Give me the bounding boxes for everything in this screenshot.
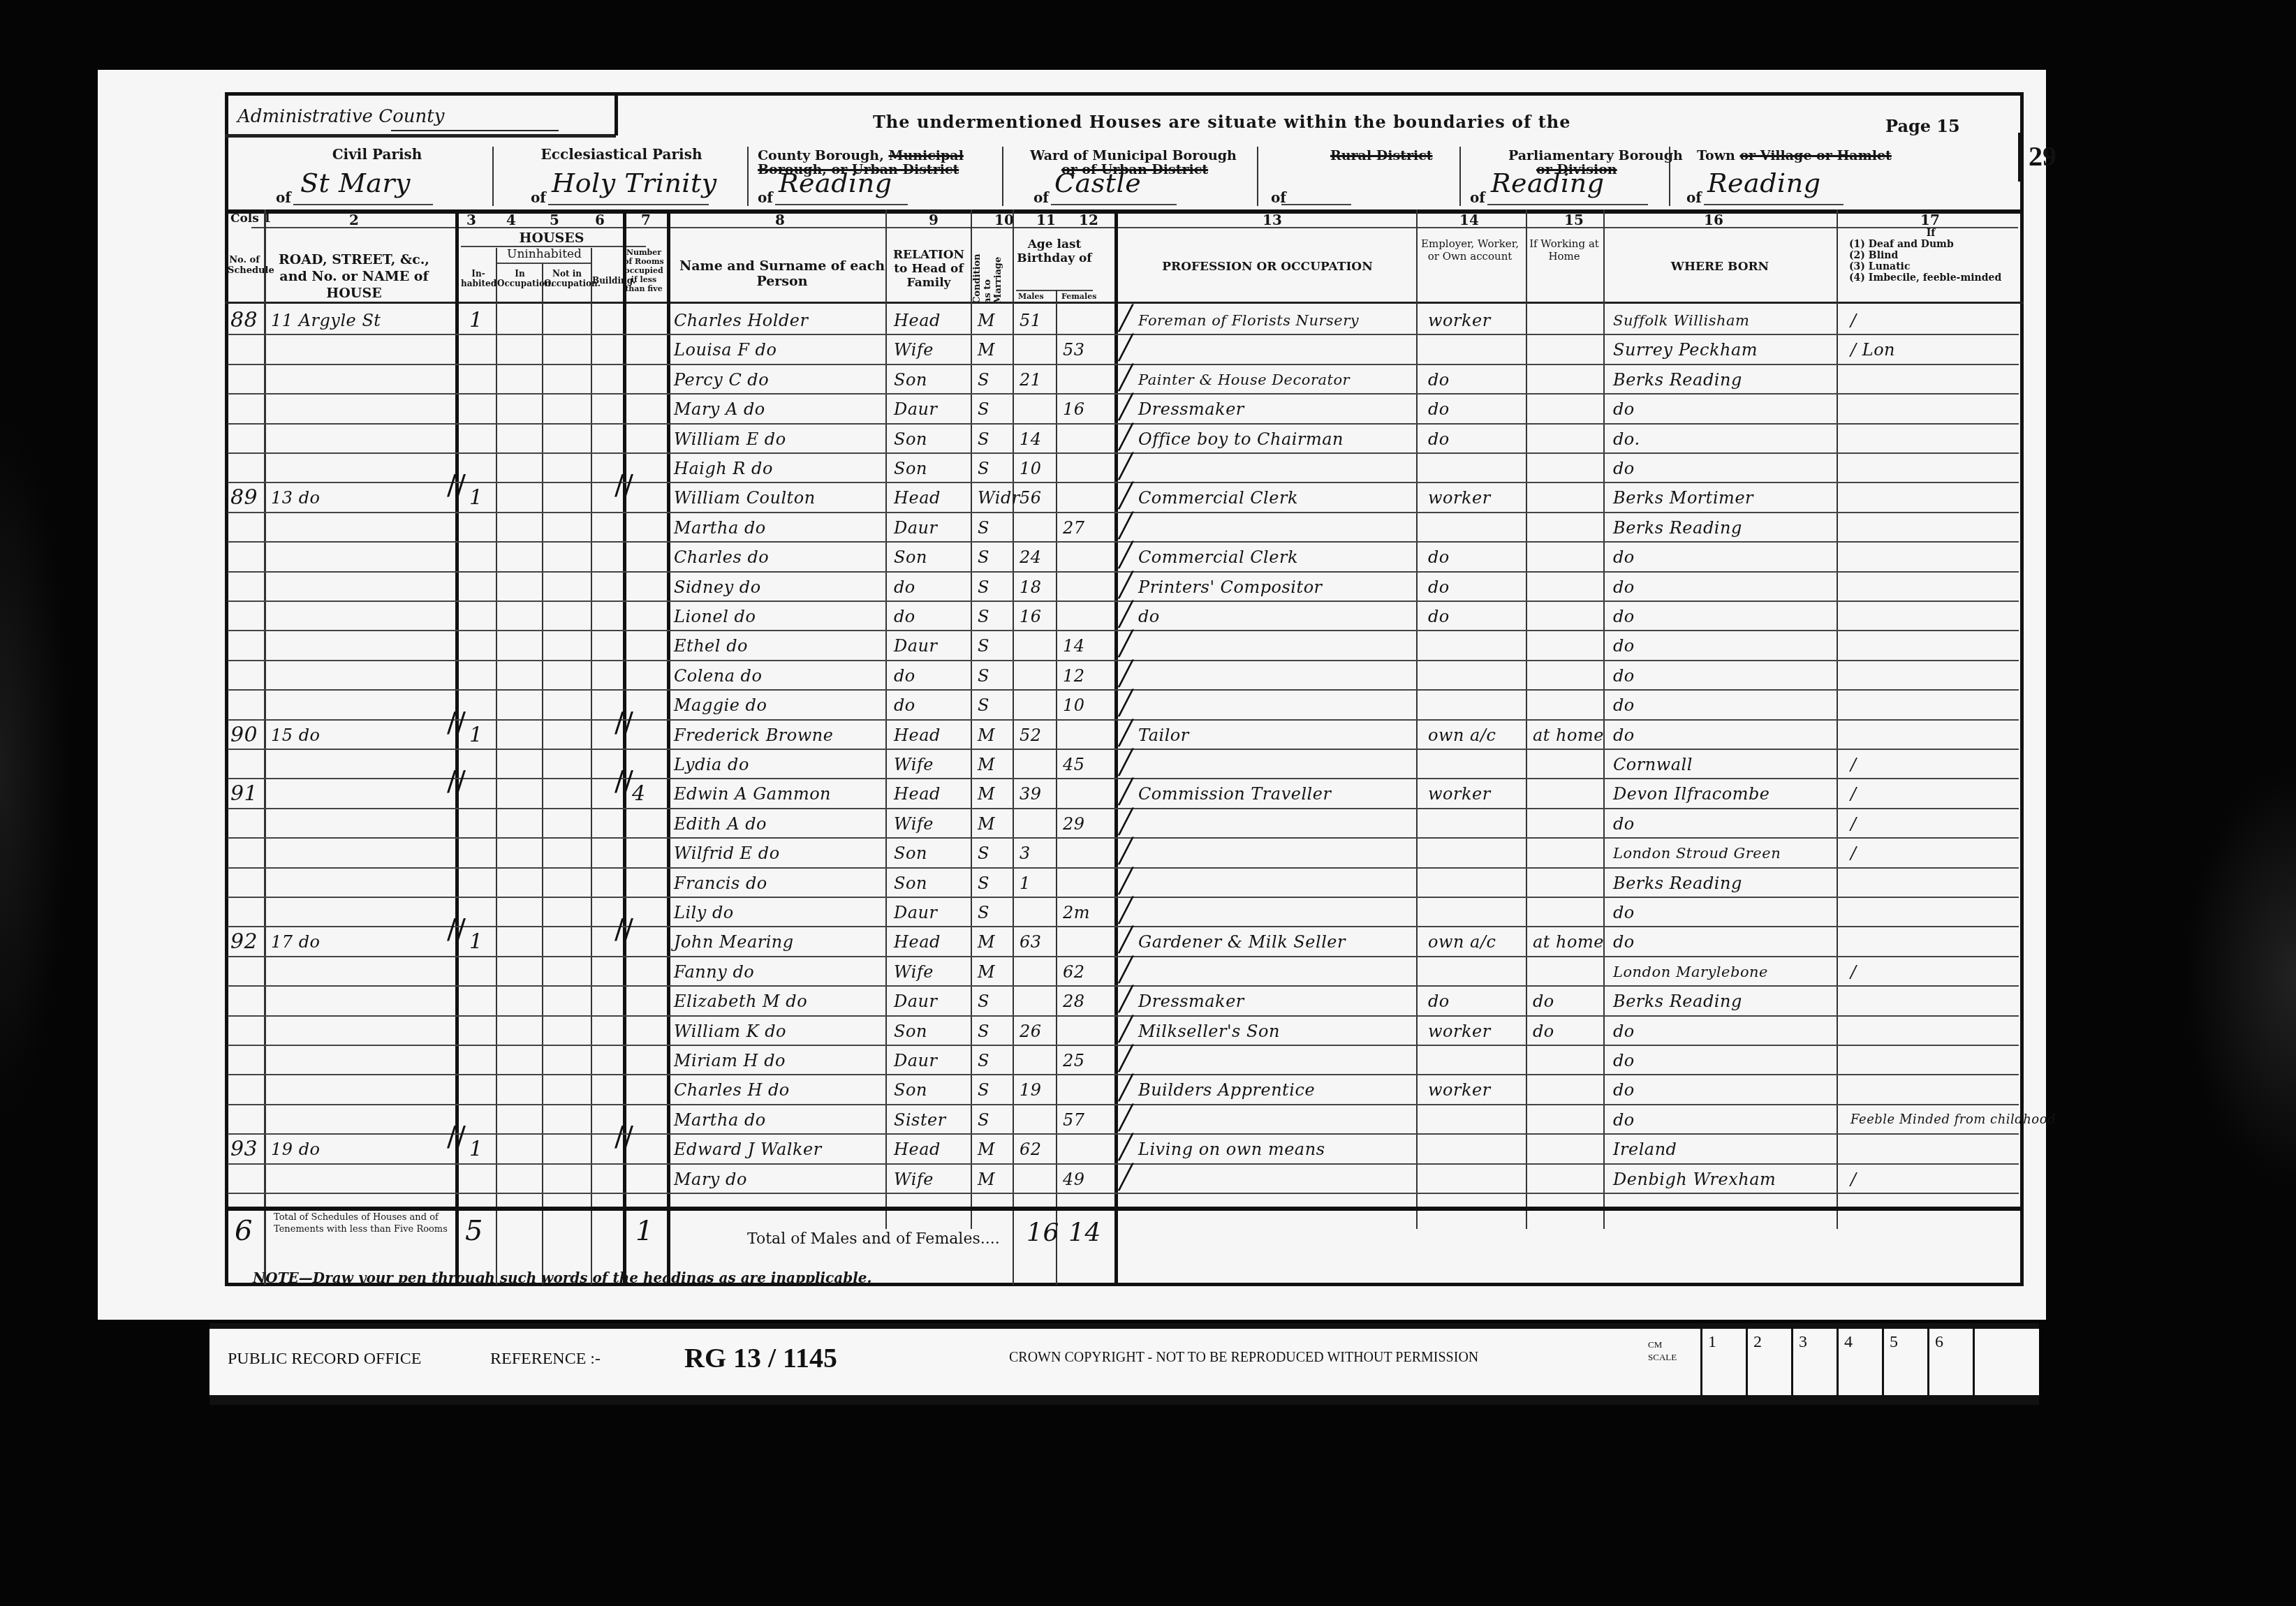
header-not-in-occupation: Not in Occupation. — [544, 269, 590, 288]
header-infirmity-list: (1) Deaf and Dumb (2) Blind (3) Lunatic … — [1849, 239, 2001, 283]
marital-condition: S — [978, 1046, 989, 1075]
male-age: 14 — [1020, 425, 1042, 454]
household-separator-icon: // — [615, 913, 633, 945]
administrative-county-label: Administrative County — [237, 106, 444, 127]
male-age: 3 — [1020, 839, 1031, 868]
header-age: Age last Birthday of — [1016, 237, 1093, 265]
occupation: Milkseller's Son — [1138, 1017, 1280, 1046]
header-rule — [225, 209, 2024, 214]
employment-status: do — [1428, 395, 1450, 424]
infirmity-option: (1) Deaf and Dumb — [1849, 239, 2001, 250]
inhabited-count: 1 — [469, 927, 483, 957]
totals-rule — [225, 1207, 2024, 1211]
total-inhabited: 5 — [465, 1215, 483, 1247]
relation: Head — [894, 483, 941, 513]
relation: Son — [894, 869, 927, 898]
enumerator-tick-mark-icon: ╱ — [1119, 1104, 1133, 1132]
enumerator-tick-mark-icon: ╱ — [1119, 1045, 1133, 1073]
female-age: 16 — [1063, 395, 1085, 424]
employment-status: worker — [1428, 779, 1491, 809]
reference-label: REFERENCE :- — [490, 1350, 601, 1369]
person-name: Francis do — [674, 869, 767, 898]
household-separator-icon: // — [615, 469, 633, 501]
col-line — [591, 248, 592, 1285]
relation: Daur — [894, 631, 937, 661]
person-name: Martha do — [674, 1105, 766, 1135]
person-name: Mary do — [674, 1165, 747, 1194]
female-age: 12 — [1063, 661, 1085, 691]
relation: Son — [894, 839, 927, 868]
header-females: Females — [1061, 292, 1096, 301]
marital-condition: S — [978, 898, 989, 927]
ward-value: Castle — [1054, 168, 1141, 198]
person-name: William Coulton — [674, 483, 816, 513]
ecclesiastical-parish-value: Holy Trinity — [552, 168, 717, 198]
relation: Son — [894, 1075, 927, 1105]
address: 15 do — [271, 721, 320, 750]
male-age: 10 — [1020, 454, 1042, 483]
birthplace: Suffolk Willisham — [1613, 306, 1750, 335]
person-name: Colena do — [674, 661, 762, 691]
household-separator-icon: // — [615, 765, 633, 797]
address: 11 Argyle St — [271, 306, 381, 335]
person-name: Martha do — [674, 513, 766, 543]
employment-status: worker — [1428, 1017, 1491, 1046]
male-age: 63 — [1020, 927, 1042, 957]
relation: Wife — [894, 809, 934, 839]
enumerator-tick-mark-icon: ╱ — [1119, 749, 1133, 776]
underline — [548, 204, 709, 205]
enumerator-tick-mark-icon: ╱ — [1119, 512, 1133, 540]
infirmity: / Lon — [1850, 335, 1895, 364]
inhabited-count: 1 — [469, 483, 483, 513]
male-age: 51 — [1020, 306, 1042, 335]
enumerator-tick-mark-icon: ╱ — [1119, 808, 1133, 836]
marital-condition: S — [978, 1105, 989, 1135]
marital-condition: S — [978, 631, 989, 661]
header-uninhabited: Uninhabited — [497, 247, 591, 261]
relation: Son — [894, 454, 927, 483]
header-schedule: No. of Schedule — [228, 255, 261, 276]
underline — [775, 204, 908, 205]
header-where-born: WHERE BORN — [1605, 260, 1835, 274]
marital-condition: S — [978, 543, 989, 572]
header-name: Name and Surname of each Person — [677, 258, 887, 289]
person-name: Mary A do — [674, 395, 765, 424]
relation: Wife — [894, 957, 934, 987]
male-age: 52 — [1020, 721, 1042, 750]
birthplace: do — [1613, 573, 1635, 602]
marital-condition: M — [978, 779, 995, 809]
person-name: Lydia do — [674, 750, 749, 779]
person-name: William E do — [674, 425, 786, 454]
relation: do — [894, 573, 915, 602]
household-separator-icon: // — [447, 469, 466, 501]
female-age: 25 — [1063, 1046, 1085, 1075]
birthplace: London Marylebone — [1613, 957, 1768, 987]
person-name: William K do — [674, 1017, 786, 1046]
employment-status: do — [1428, 573, 1450, 602]
infirmity-option: (2) Blind — [1849, 250, 2001, 261]
relation: Son — [894, 1017, 927, 1046]
relation: Son — [894, 425, 927, 454]
enumerator-tick-mark-icon: ╱ — [1119, 1074, 1133, 1102]
enumerator-tick-mark-icon: ╱ — [1119, 660, 1133, 688]
relation: Daur — [894, 898, 937, 927]
col-line — [542, 264, 543, 1285]
marital-condition: M — [978, 335, 995, 364]
working-at-home: at home — [1533, 721, 1604, 750]
header-employment: Employer, Worker, or Own account — [1418, 237, 1522, 263]
birthplace: Denbigh Wrexham — [1613, 1165, 1776, 1194]
schedule-number: 92 — [230, 927, 258, 957]
occupation: Office boy to Chairman — [1138, 425, 1344, 454]
marital-condition: S — [978, 661, 989, 691]
underline — [1704, 204, 1844, 205]
parliamentary-borough-value: Reading — [1491, 168, 1605, 198]
scale-label: SCALE — [1648, 1351, 1677, 1364]
male-age: 24 — [1020, 543, 1042, 572]
infirmity: / — [1850, 750, 1857, 779]
col-line — [1056, 290, 1057, 1285]
male-age: 26 — [1020, 1017, 1042, 1046]
divider — [747, 147, 749, 206]
enumerator-tick-mark-icon: ╱ — [1119, 719, 1133, 747]
county-borough-value: Reading — [779, 168, 892, 198]
occupation: Living on own means — [1138, 1135, 1325, 1164]
enumerator-tick-mark-icon: ╱ — [1119, 1015, 1133, 1043]
birthplace: London Stroud Green — [1613, 839, 1781, 868]
infirmity: / — [1850, 839, 1857, 868]
birthplace: do — [1613, 631, 1635, 661]
header-in-occupation: In Occupation. — [497, 269, 543, 288]
relation: Head — [894, 306, 941, 335]
inhabited-count: 1 — [469, 306, 483, 335]
header-bottom-rule — [225, 302, 2024, 304]
female-age: 62 — [1063, 957, 1085, 987]
employment-status: do — [1428, 425, 1450, 454]
scan-shadow-right — [2184, 768, 2296, 1187]
person-name: Maggie do — [674, 691, 767, 720]
person-name: Wilfrid E do — [674, 839, 780, 868]
admin-county-box-right — [615, 92, 618, 135]
marital-condition: S — [978, 513, 989, 543]
relation: Head — [894, 927, 941, 957]
divider — [1459, 147, 1461, 206]
person-name: Charles do — [674, 543, 769, 572]
total-schedules: 6 — [235, 1215, 253, 1247]
reference-strip: PUBLIC RECORD OFFICE REFERENCE :- RG 13 … — [209, 1323, 2039, 1405]
divider — [1669, 147, 1670, 206]
schedule-number: 93 — [230, 1135, 258, 1164]
relation: Wife — [894, 750, 934, 779]
working-at-home: do — [1533, 1017, 1554, 1046]
person-name: Miriam H do — [674, 1046, 786, 1075]
infirmity: / — [1850, 306, 1857, 335]
household-separator-icon: // — [447, 1121, 466, 1153]
person-name: Louisa F do — [674, 335, 777, 364]
marital-condition: S — [978, 365, 989, 395]
header-infirmity-if: If — [1844, 228, 2018, 239]
male-age: 56 — [1020, 483, 1042, 513]
person-name: Charles Holder — [674, 306, 809, 335]
person-name: Lionel do — [674, 602, 756, 631]
enumerator-tick-mark-icon: ╱ — [1119, 364, 1133, 392]
occupation: Commercial Clerk — [1138, 543, 1298, 572]
marital-condition: S — [978, 425, 989, 454]
relation: Head — [894, 779, 941, 809]
relation: Son — [894, 543, 927, 572]
enumerator-tick-mark-icon: ╱ — [1119, 689, 1133, 717]
infirmity: / — [1850, 779, 1857, 809]
person-name: Lily do — [674, 898, 734, 927]
female-age: 49 — [1063, 1165, 1085, 1194]
record-office-label: PUBLIC RECORD OFFICE — [228, 1350, 421, 1369]
occupation: Builders Apprentice — [1138, 1075, 1315, 1105]
col-line — [264, 209, 266, 1285]
occupation: Foreman of Florists Nursery — [1138, 306, 1359, 335]
relation: Daur — [894, 1046, 937, 1075]
header-relation: RELATION to Head of Family — [887, 248, 971, 290]
address: 19 do — [271, 1135, 320, 1164]
marital-condition: S — [978, 691, 989, 720]
marital-condition: M — [978, 721, 995, 750]
employment-status: do — [1428, 365, 1450, 395]
birthplace: do — [1613, 1105, 1635, 1135]
occupation: Dressmaker — [1138, 395, 1244, 424]
relation: Daur — [894, 987, 937, 1016]
copyright-text: CROWN COPYRIGHT - NOT TO BE REPRODUCED W… — [1009, 1350, 1478, 1366]
person-name: Edward J Walker — [674, 1135, 822, 1164]
birthplace: do — [1613, 1075, 1635, 1105]
female-age: 57 — [1063, 1105, 1085, 1135]
enumerator-tick-mark-icon: ╱ — [1119, 867, 1133, 895]
enumerator-tick-mark-icon: ╱ — [1119, 334, 1133, 362]
working-at-home: do — [1533, 987, 1554, 1016]
occupation: do — [1138, 602, 1160, 631]
marital-condition: S — [978, 1075, 989, 1105]
marital-condition: M — [978, 1135, 995, 1164]
total-schedules-label: Total of Schedules of Houses and of Tene… — [274, 1211, 448, 1235]
row-rule — [228, 1193, 2019, 1194]
birthplace: do. — [1613, 425, 1640, 454]
enumerator-tick-mark-icon: ╱ — [1119, 571, 1133, 599]
scale-label: CM — [1648, 1339, 1677, 1351]
header-rooms: Number of Rooms occupied if less than fi… — [624, 248, 664, 293]
address: 13 do — [271, 483, 320, 513]
occupation: Printers' Compositor — [1138, 573, 1323, 602]
male-age: 19 — [1020, 1075, 1042, 1105]
person-name: Ethel do — [674, 631, 748, 661]
rule — [1016, 290, 1093, 291]
birthplace: Cornwall — [1613, 750, 1693, 779]
underline — [1281, 204, 1351, 205]
person-name: Edith A do — [674, 809, 767, 839]
enumerator-tick-mark-icon: ╱ — [1119, 926, 1133, 954]
person-name: Charles H do — [674, 1075, 790, 1105]
female-age: 29 — [1063, 809, 1085, 839]
person-name: Edwin A Gammon — [674, 779, 831, 809]
birthplace: Devon Ilfracombe — [1613, 779, 1770, 809]
underline — [293, 204, 433, 205]
total-males-females-label: Total of Males and of Females.... — [747, 1230, 1000, 1248]
col-line — [667, 209, 670, 1285]
male-age: 18 — [1020, 573, 1042, 602]
occupation: Commercial Clerk — [1138, 483, 1298, 513]
enumerator-tick-mark-icon: ╱ — [1119, 601, 1133, 628]
occupation: Tailor — [1138, 721, 1189, 750]
scan-shadow-left — [0, 419, 70, 1117]
male-age: 21 — [1020, 365, 1042, 395]
enumerator-tick-mark-icon: ╱ — [1119, 452, 1133, 480]
enumerator-tick-mark-icon: ╱ — [1119, 1133, 1133, 1161]
enumerator-tick-mark-icon: ╱ — [1119, 897, 1133, 924]
infirmity-option: (3) Lunatic — [1849, 261, 2001, 272]
cm-scale-label: CM SCALE — [1648, 1339, 1677, 1364]
employment-status: do — [1428, 987, 1450, 1016]
working-at-home: at home — [1533, 927, 1604, 957]
occupation: Commission Traveller — [1138, 779, 1331, 809]
birthplace: Berks Reading — [1613, 869, 1742, 898]
female-age: 28 — [1063, 987, 1085, 1016]
marital-condition: S — [978, 395, 989, 424]
administrative-county-blank — [391, 130, 559, 131]
marital-condition: S — [978, 839, 989, 868]
inhabited-count: 1 — [469, 721, 483, 750]
civil-parish-value: St Mary — [300, 168, 411, 198]
col-line — [1114, 209, 1118, 1285]
household-separator-icon: // — [615, 1121, 633, 1153]
employment-status: worker — [1428, 483, 1491, 513]
employment-status: do — [1428, 543, 1450, 572]
reference-code: RG 13 / 1145 — [684, 1341, 837, 1374]
schedule-number: 91 — [230, 779, 258, 809]
marital-condition: M — [978, 306, 995, 335]
marital-condition: Widr — [978, 483, 1020, 513]
female-age: 45 — [1063, 750, 1085, 779]
marital-condition: S — [978, 987, 989, 1016]
household-separator-icon: // — [615, 707, 633, 739]
enumerator-tick-mark-icon: ╱ — [1119, 985, 1133, 1013]
occupation: Dressmaker — [1138, 987, 1244, 1016]
infirmity: / — [1850, 1165, 1857, 1194]
address: 17 do — [271, 927, 320, 957]
colnum-rule — [251, 227, 2018, 228]
marital-condition: M — [978, 809, 995, 839]
birthplace: Ireland — [1613, 1135, 1677, 1164]
relation: do — [894, 602, 915, 631]
enumerator-tick-mark-icon: ╱ — [1119, 423, 1133, 451]
enumerator-tick-mark-icon: ╱ — [1119, 956, 1133, 984]
relation: Head — [894, 721, 941, 750]
employment-status: do — [1428, 602, 1450, 631]
birthplace: do — [1613, 1017, 1635, 1046]
schedule-number: 90 — [230, 721, 258, 750]
relation: Daur — [894, 513, 937, 543]
household-separator-icon: // — [447, 765, 466, 797]
folio-number: 29 — [2029, 140, 2056, 172]
divider — [1002, 147, 1003, 206]
enumerator-tick-mark-icon: ╱ — [1119, 1163, 1133, 1191]
birthplace: do — [1613, 898, 1635, 927]
person-name: Frederick Browne — [674, 721, 833, 750]
male-age: 62 — [1020, 1135, 1042, 1164]
infirmity: Feeble Minded from childhood — [1850, 1105, 2056, 1135]
relation: do — [894, 661, 915, 691]
relation: Sister — [894, 1105, 946, 1135]
employment-status: worker — [1428, 306, 1491, 335]
marital-condition: S — [978, 602, 989, 631]
total-males: 16 — [1026, 1218, 1059, 1247]
rule — [497, 263, 591, 264]
enumerator-tick-mark-icon: ╱ — [1119, 393, 1133, 421]
enumerator-tick-mark-icon: ╱ — [1119, 541, 1133, 569]
marital-condition: M — [978, 1165, 995, 1194]
header-occupation: PROFESSION OR OCCUPATION — [1117, 260, 1418, 274]
relation: Wife — [894, 1165, 934, 1194]
header-at-home: If Working at Home — [1526, 237, 1602, 263]
schedule-number: 89 — [230, 483, 258, 513]
infirmity: / — [1850, 957, 1857, 987]
underline — [1051, 204, 1177, 205]
person-name: Elizabeth M do — [674, 987, 807, 1016]
infirmity-option: (4) Imbecile, feeble-minded — [1849, 272, 2001, 283]
female-age: 14 — [1063, 631, 1085, 661]
birthplace: do — [1613, 543, 1635, 572]
birthplace: do — [1613, 395, 1635, 424]
marital-condition: S — [978, 573, 989, 602]
schedule-number: 88 — [230, 306, 258, 335]
birthplace: Surrey Peckham — [1613, 335, 1758, 364]
header-males: Males — [1018, 292, 1044, 301]
marital-condition: S — [978, 454, 989, 483]
relation: Son — [894, 365, 927, 395]
intro-text: The undermentioned Houses are situate wi… — [873, 112, 1571, 132]
enumerator-tick-mark-icon: ╱ — [1119, 482, 1133, 510]
relation: Daur — [894, 395, 937, 424]
birthplace: do — [1613, 721, 1635, 750]
note-text: NOTE—Draw your pen through such words of… — [253, 1269, 872, 1286]
header-address: ROAD, STREET, &c., and No. or NAME of HO… — [267, 251, 441, 302]
male-age: 39 — [1020, 779, 1042, 809]
female-age: 27 — [1063, 513, 1085, 543]
header-condition: Condition as to Marriage — [972, 244, 1006, 304]
household-separator-icon: // — [447, 913, 466, 945]
infirmity: / — [1850, 809, 1857, 839]
scale-cell — [1973, 1329, 2029, 1395]
birthplace: Berks Reading — [1613, 513, 1742, 543]
enumerator-tick-mark-icon: ╱ — [1119, 837, 1133, 865]
marital-condition: S — [978, 869, 989, 898]
town-value: Reading — [1707, 168, 1821, 198]
household-separator-icon: // — [447, 707, 466, 739]
person-name: Haigh R do — [674, 454, 773, 483]
relation: Head — [894, 1135, 941, 1164]
total-females: 14 — [1068, 1218, 1101, 1247]
rooms-count: 4 — [632, 779, 646, 809]
birthplace: do — [1613, 809, 1635, 839]
marital-condition: M — [978, 957, 995, 987]
page-label: Page 15 — [1885, 116, 1960, 136]
person-name: Fanny do — [674, 957, 754, 987]
inhabited-count: 1 — [469, 1135, 483, 1164]
enumerator-tick-mark-icon: ╱ — [1119, 778, 1133, 806]
employment-status: own a/c — [1428, 927, 1496, 957]
enumerator-tick-mark-icon: ╱ — [1119, 630, 1133, 658]
col-line — [1013, 209, 1014, 1285]
female-age: 10 — [1063, 691, 1085, 720]
relation: do — [894, 691, 915, 720]
